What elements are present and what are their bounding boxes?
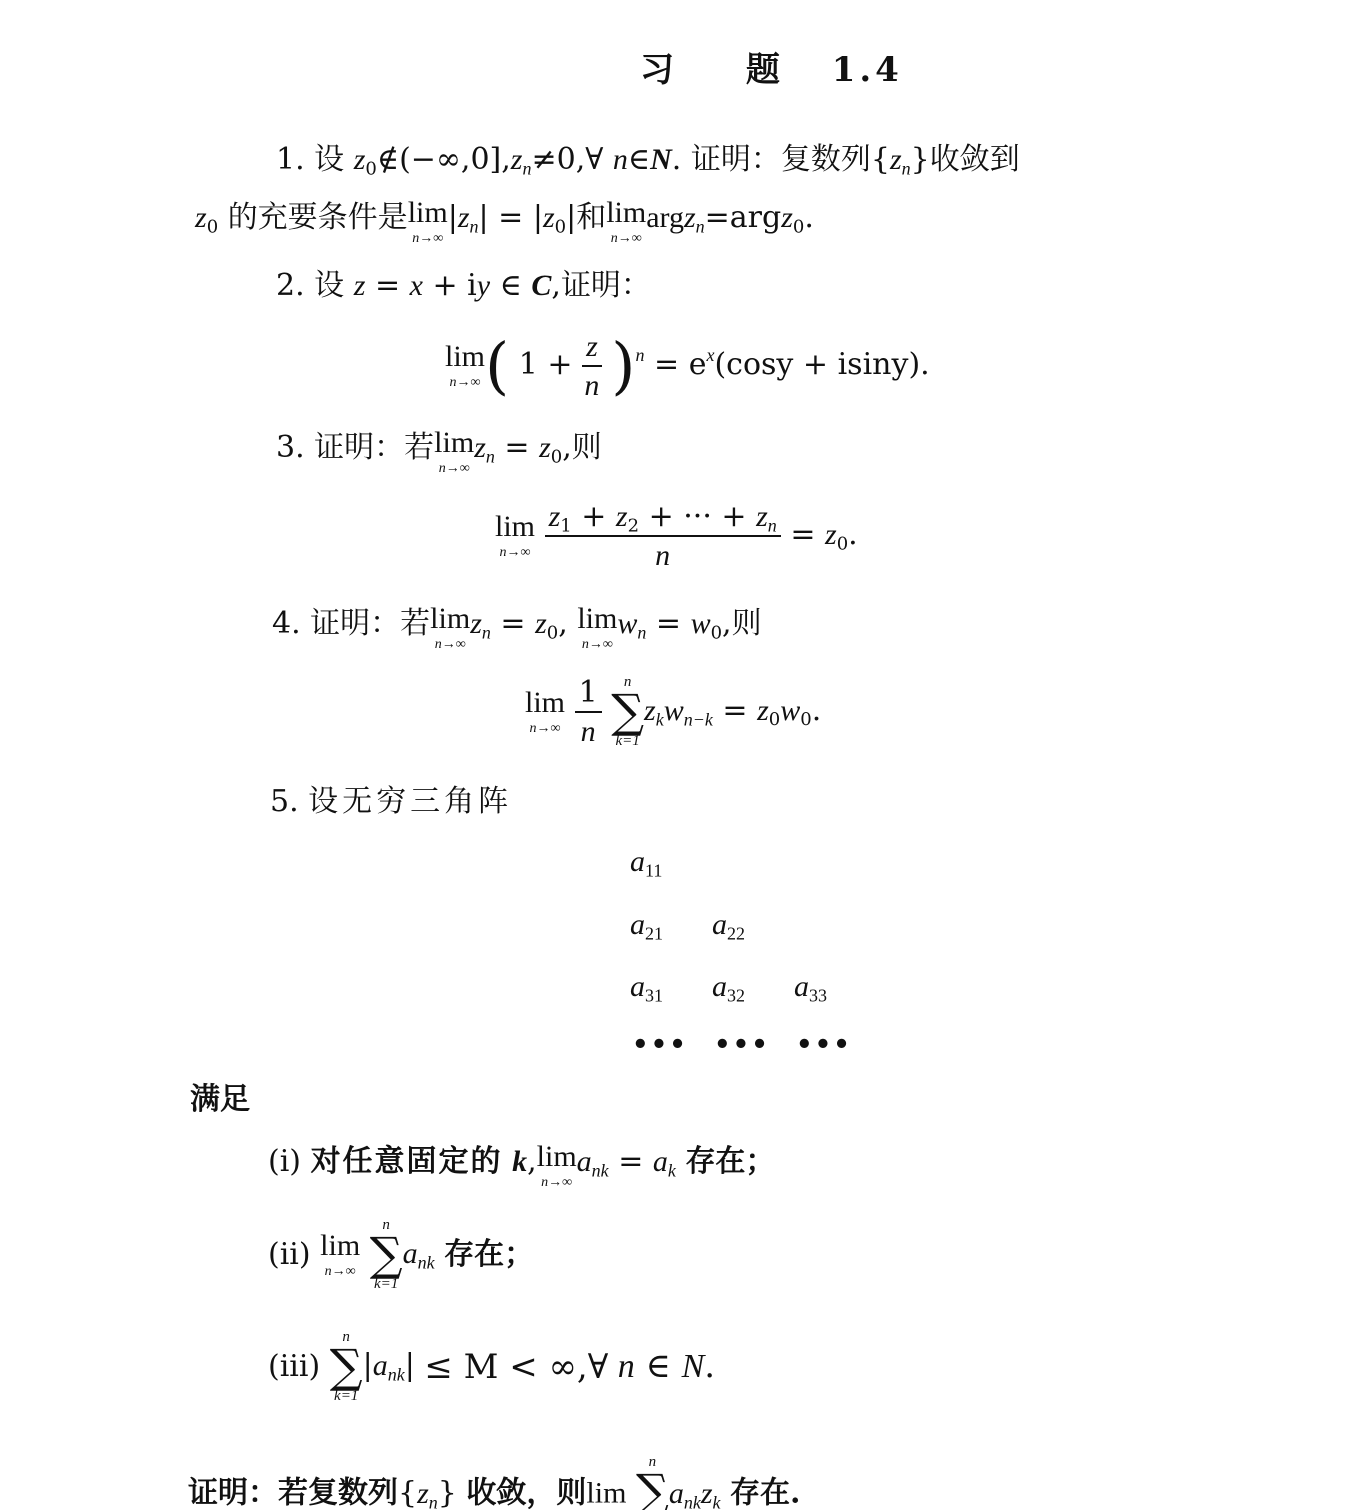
text: ≠0,∀ — [531, 142, 603, 177]
ellipsis: ••• — [714, 1030, 770, 1060]
problem-4-formula: limn→∞ 1n n∑k=1zkwn−k = z0w0. — [525, 675, 821, 749]
limit-operator: limn→∞ — [525, 688, 565, 736]
ellipsis: ••• — [632, 1030, 688, 1060]
matrix-entry: a11 — [630, 845, 662, 879]
text: 存在； — [685, 1144, 775, 1179]
text: 证明：若复数列 — [188, 1476, 398, 1510]
condition-i: (i) 对任意固定的 k,limn→∞ank = ak 存在； — [268, 1142, 775, 1190]
problem-1-line-2: z0 的充要条件是limn→∞|zn| = |z0|和limn→∞argzn=a… — [195, 198, 814, 246]
text: 证明：若 — [314, 430, 434, 465]
problem-number: 1. — [276, 142, 305, 177]
summation-symbol: n∑k=1 — [330, 1330, 363, 1404]
limit-operator: limn→∞ — [434, 428, 474, 476]
problem-5-line-1: 5. 设无穷三角阵 — [270, 782, 512, 822]
condition-ii: (ii) limn→∞ n∑k=1ank 存在； — [268, 1218, 534, 1292]
text: 对任意固定的 — [311, 1144, 503, 1179]
matrix-entry: a32 — [712, 970, 745, 1004]
problem-number: 3. — [276, 430, 305, 465]
problem-4-line-1: 4. 证明：若limn→∞zn = z0, limn→∞wn = w0,则 — [272, 604, 762, 652]
text: 设 — [314, 268, 344, 303]
text: (cosy + isiny). — [714, 347, 929, 382]
section-title: 习 题 1.4 — [640, 50, 903, 90]
condition-label: (i) — [268, 1144, 301, 1179]
limit-operator: limn→∞ — [495, 512, 535, 560]
summation-symbol: n∑k=1 — [611, 675, 644, 749]
limit-operator: limn→∞ — [320, 1231, 360, 1279]
matrix-entry: a21 — [630, 908, 663, 942]
text: 存在. — [730, 1476, 800, 1510]
limit-operator: limn→∞ — [430, 604, 470, 652]
limit-operator: limn→∞ — [537, 1142, 577, 1190]
satisfy-label: 满足 — [190, 1080, 250, 1120]
text: 的充要条件是 — [228, 200, 408, 235]
matrix-entry: a31 — [630, 970, 663, 1004]
text: =arg — [705, 200, 782, 235]
problem-number: 5. — [270, 784, 299, 819]
lim-word: lim — [586, 1477, 626, 1510]
text: 证明：若 — [310, 606, 430, 641]
limit-operator: limn→∞ — [577, 604, 617, 652]
text: (−∞,0], — [399, 142, 511, 177]
text: 和 — [576, 200, 606, 235]
title-number: 1.4 — [832, 50, 903, 90]
text: 则 — [572, 430, 602, 465]
problem-number: 4. — [272, 606, 301, 641]
text: 则 — [732, 606, 762, 641]
text: 设无穷三角阵 — [308, 784, 512, 819]
text: ≤ M < ∞,∀ — [424, 1347, 608, 1387]
condition-label: (ii) — [268, 1237, 311, 1272]
problem-1-line-1: 1. 设 z0∉(−∞,0],zn≠0,∀ n∈N. 证明：复数列{zn}收敛到 — [276, 140, 1020, 180]
problem-3-formula: limn→∞ z1 + z2 + ··· + znn = z0. — [495, 500, 858, 572]
limit-operator: limn→∞ — [445, 342, 485, 390]
condition-iii: (iii) n∑k=1|ank| ≤ M < ∞,∀ n ∈ N. — [268, 1330, 715, 1404]
problem-number: 2. — [276, 268, 305, 303]
text: 收敛，则 — [466, 1476, 586, 1510]
limit-operator: limn→∞ — [606, 198, 646, 246]
problem-2-line-1: 2. 设 z = x + iy ∈ C,证明： — [276, 266, 651, 306]
summation-symbol: n∑k=1 — [370, 1218, 403, 1292]
matrix-entry: a33 — [794, 970, 827, 1004]
problem-3-line-1: 3. 证明：若limn→∞zn = z0,则 — [276, 428, 602, 476]
matrix-entry: a22 — [712, 908, 745, 942]
problem-5-conclusion: 证明：若复数列{zn} 收敛，则lim n∑ankzk 存在. — [188, 1455, 801, 1510]
text: 证明：复数列 — [691, 142, 871, 177]
text: 设 — [314, 142, 344, 177]
problem-2-formula: limn→∞( 1 + zn )n = ex(cosy + isiny). — [445, 330, 930, 402]
condition-label: (iii) — [268, 1349, 320, 1384]
text: 存在； — [444, 1237, 534, 1272]
ellipsis: ••• — [796, 1030, 852, 1060]
text: 收敛到 — [930, 142, 1020, 177]
limit-operator: limn→∞ — [408, 198, 448, 246]
text: 证明： — [561, 268, 651, 303]
title-label: 习 题 — [640, 50, 810, 90]
summation-symbol: n∑ — [636, 1455, 669, 1510]
